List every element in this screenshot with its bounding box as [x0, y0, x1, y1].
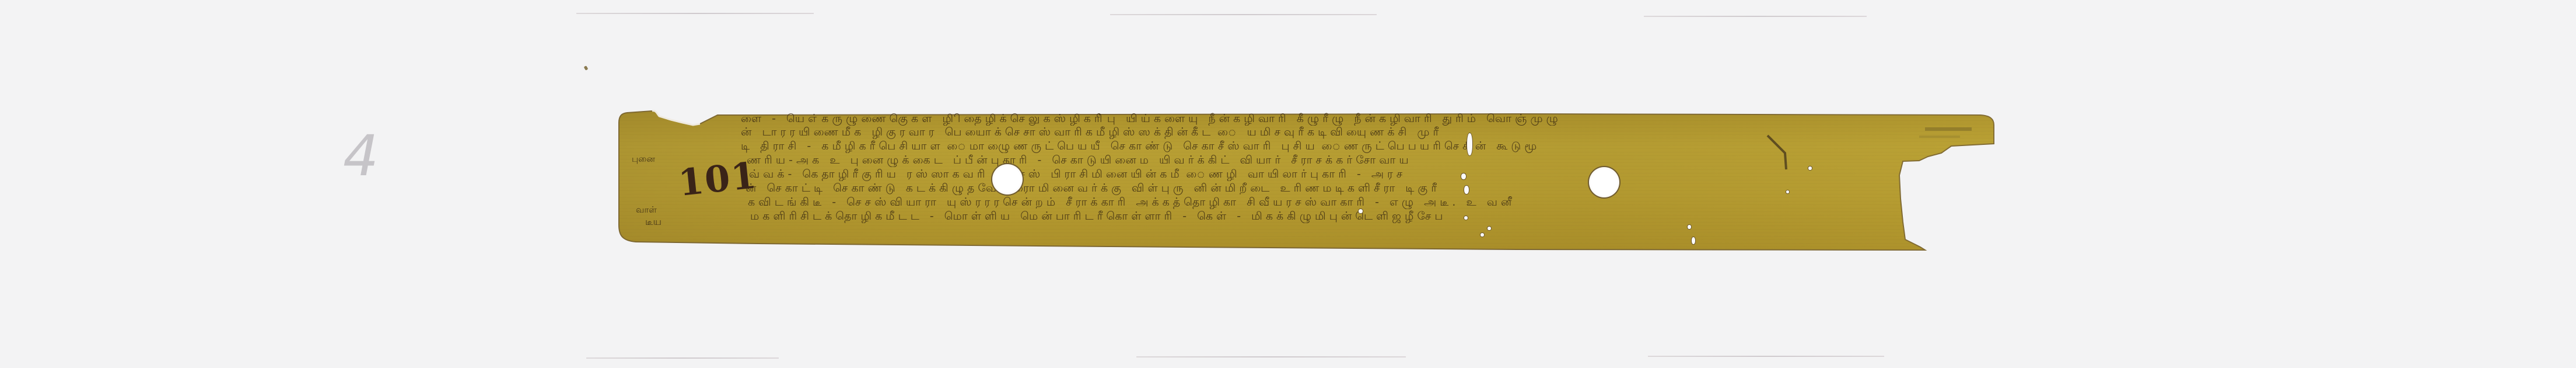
worm-hole [1688, 225, 1691, 229]
worm-hole [1480, 233, 1484, 237]
worm-hole [1692, 237, 1695, 244]
palm-leaf-shape [0, 0, 2576, 368]
margin-label-bottom-2: டீய [645, 216, 661, 229]
string-hole-right [1589, 167, 1619, 197]
string-hole-left [992, 164, 1023, 195]
worm-hole [1487, 227, 1491, 230]
folio-number: 101 [677, 154, 759, 204]
palm-leaf-manuscript: புனை 101 வாள் டீய ளை - யெஎ்கருழுணைகுெகள … [0, 0, 2576, 368]
worm-hole [1359, 209, 1363, 213]
worm-hole [1786, 190, 1789, 193]
worm-hole [1467, 133, 1472, 155]
worm-hole [1464, 186, 1469, 194]
margin-label-top: புனை [632, 154, 655, 165]
worm-hole [1461, 173, 1466, 179]
worm-hole [1808, 166, 1812, 170]
margin-label-bottom-1: வாள் [636, 204, 657, 216]
worm-hole [1464, 216, 1468, 220]
